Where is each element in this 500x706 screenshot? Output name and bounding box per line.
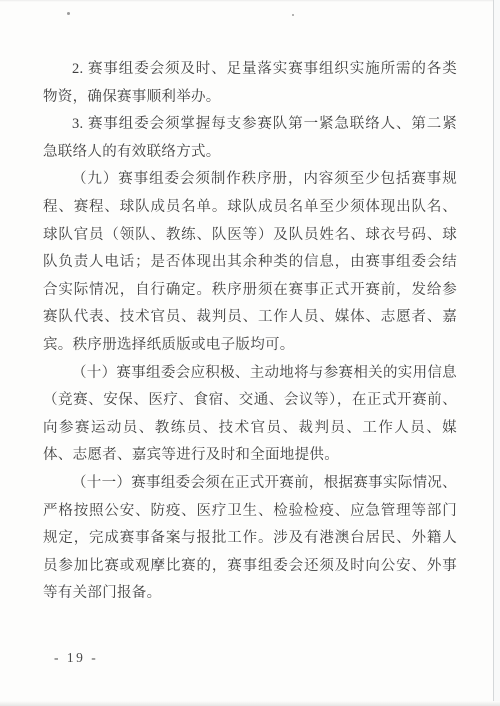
document-page: 2. 赛事组委会须及时、足量落实赛事组织实施所需的各类物资，确保赛事顺利举办。 … (0, 0, 500, 706)
scan-speck-1 (67, 12, 70, 15)
paragraph-section-9: （九）赛事组委会须制作秩序册，内容须至少包括赛事规程、赛程、球队成员名单。球队成… (43, 166, 457, 359)
scan-edge-top (0, 0, 500, 2)
paragraph-item-3: 3. 赛事组委会须掌握每支参赛队第一紧急联络人、第二紧急联络人的有效联络方式。 (43, 111, 457, 166)
scan-speck-2 (292, 14, 294, 16)
scan-edge-right (493, 0, 500, 706)
paragraph-section-11: （十一）赛事组委会须在正式开赛前，根据赛事实际情况、严格按照公安、防疫、医疗卫生… (43, 470, 457, 608)
paragraph-section-10: （十）赛事组委会应积极、主动地将与参赛相关的实用信息（竞赛、安保、医疗、食宿、交… (43, 360, 457, 470)
scan-edge-bottom (0, 701, 500, 706)
paragraph-item-2: 2. 赛事组委会须及时、足量落实赛事组织实施所需的各类物资，确保赛事顺利举办。 (43, 56, 457, 111)
page-number: - 19 - (54, 650, 98, 666)
document-body: 2. 赛事组委会须及时、足量落实赛事组织实施所需的各类物资，确保赛事顺利举办。 … (43, 56, 457, 608)
